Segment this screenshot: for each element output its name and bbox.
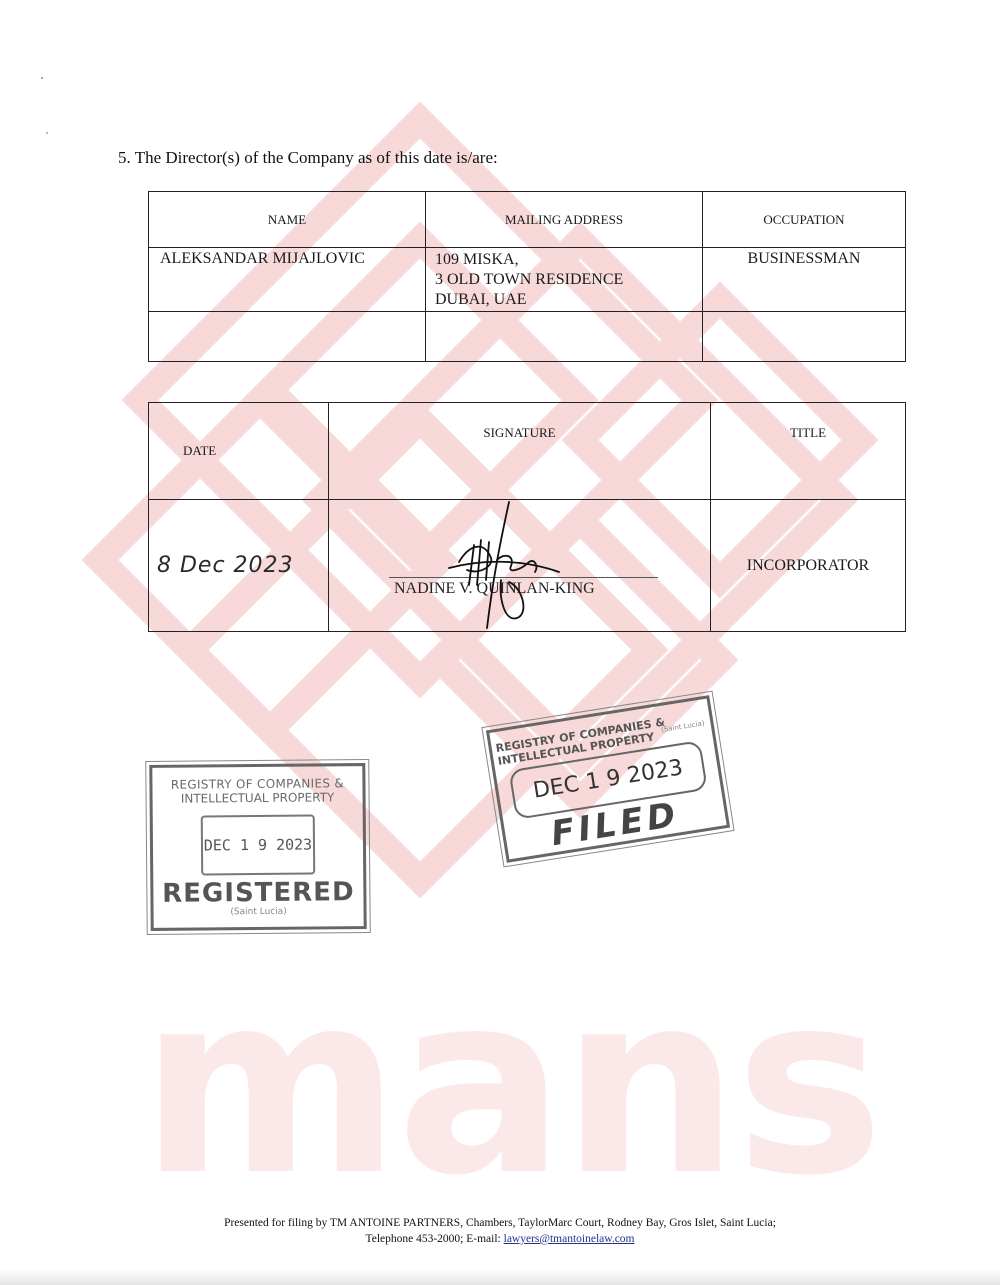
empty-cell [426, 312, 703, 362]
document-page: mans 5. The Director(s) of the Company a… [0, 0, 1000, 1285]
table-row [149, 312, 906, 362]
stamp-registry-line2: INTELLECTUAL PROPERTY [153, 790, 363, 806]
stamp-date: DEC 1 9 2023 [201, 815, 316, 876]
signature-table: DATE SIGNATURE TITLE 8 Dec 2023 NADINE V… [148, 402, 906, 632]
watermark-text: mans [120, 980, 900, 1190]
signature-cell: NADINE V. QUINLAN-KING [329, 500, 711, 632]
stamp-status: REGISTERED [153, 878, 363, 908]
registered-stamp: REGISTRY OF COMPANIES & INTELLECTUAL PRO… [149, 763, 366, 931]
director-name: ALEKSANDAR MIJAJLOVIC [149, 248, 426, 312]
handwritten-date: 8 Dec 2023 [149, 553, 294, 578]
director-address: 109 MISKA, 3 OLD TOWN RESIDENCE DUBAI, U… [426, 248, 703, 312]
scan-specks-icon [0, 0, 100, 160]
director-occupation: BUSINESSMAN [703, 248, 906, 312]
filed-stamp: REGISTRY OF COMPANIES & INTELLECTUAL PRO… [486, 695, 730, 863]
scan-edge-shadow [0, 1269, 1000, 1285]
header-occupation: OCCUPATION [703, 192, 906, 248]
header-name: NAME [149, 192, 426, 248]
footer-email-link[interactable]: lawyers@tmantoinelaw.com [504, 1233, 635, 1245]
header-date: DATE [149, 403, 329, 500]
header-signature: SIGNATURE [329, 403, 711, 500]
empty-cell [149, 312, 426, 362]
directors-table: NAME MAILING ADDRESS OCCUPATION ALEKSAND… [148, 191, 906, 362]
footer-contact: Telephone 453-2000; E-mail: lawyers@tman… [0, 1231, 1000, 1247]
header-mailing-address: MAILING ADDRESS [426, 192, 703, 248]
signatory-title: INCORPORATOR [711, 500, 906, 632]
header-title: TITLE [711, 403, 906, 500]
footer: Presented for filing by TM ANTOINE PARTN… [0, 1215, 1000, 1247]
address-line: DUBAI, UAE [435, 290, 702, 310]
date-cell: 8 Dec 2023 [149, 500, 329, 632]
directors-table-header: NAME MAILING ADDRESS OCCUPATION [149, 192, 906, 248]
handwritten-signature-icon [439, 500, 579, 640]
empty-cell [703, 312, 906, 362]
address-line: 3 OLD TOWN RESIDENCE [435, 270, 702, 290]
section-heading: 5. The Director(s) of the Company as of … [118, 148, 498, 168]
footer-presented-by: Presented for filing by TM ANTOINE PARTN… [0, 1215, 1000, 1231]
table-row: ALEKSANDAR MIJAJLOVIC 109 MISKA, 3 OLD T… [149, 248, 906, 312]
signature-table-header: DATE SIGNATURE TITLE [149, 403, 906, 500]
table-row: 8 Dec 2023 NADINE V. QUINLAN-KING [149, 500, 906, 632]
address-line: 109 MISKA, [435, 250, 702, 270]
footer-telephone: Telephone 453-2000; E-mail: [366, 1233, 504, 1245]
